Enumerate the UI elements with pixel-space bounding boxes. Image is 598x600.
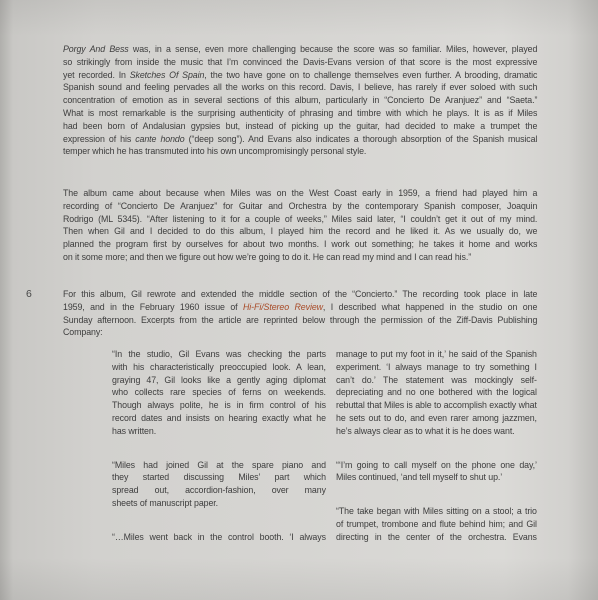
text-line: had been born of Andalusian gypsies but,… bbox=[63, 121, 537, 134]
text-line: Company: bbox=[63, 327, 537, 340]
text-block: “…Miles went back in the control booth. … bbox=[112, 532, 326, 545]
text-line: For this album, Gil rewrote and extended… bbox=[63, 289, 537, 302]
text-block: Porgy And Bess was, in a sense, even mor… bbox=[63, 44, 537, 159]
excerpt-column-right: manage to put my foot in it,’ he said of… bbox=[336, 349, 537, 545]
text-line: The album came about because when Miles … bbox=[63, 188, 537, 201]
text-line: Rodrigo (ML 5345). “After listening to i… bbox=[63, 214, 537, 227]
text-line: Porgy And Bess was, in a sense, even mor… bbox=[63, 44, 537, 57]
text-line: “‘I’m going to call myself on the phone … bbox=[336, 460, 537, 473]
text-block: manage to put my foot in it,’ he said of… bbox=[336, 349, 537, 439]
text-line: concentration of emotion as in several s… bbox=[63, 95, 537, 108]
text-line: 1959, and in the February 1960 issue of … bbox=[63, 302, 537, 315]
text-line: with his characteristically preoccupied … bbox=[112, 362, 326, 375]
text-line: he’s always clear as to what it is he do… bbox=[336, 426, 537, 439]
text-block: “‘I’m going to call myself on the phone … bbox=[336, 460, 537, 486]
text-line: can’t do.’ The statement was mockingly s… bbox=[336, 375, 537, 388]
text-line: rebuttal that Miles is able to accomplis… bbox=[336, 400, 537, 413]
text-line: of trumpet, trombone and flute behind hi… bbox=[336, 519, 537, 532]
text-line: manage to put my foot in it,’ he said of… bbox=[336, 349, 537, 362]
text-line: has written. bbox=[112, 426, 326, 439]
text-line: yet recorded. In Sketches Of Spain, the … bbox=[63, 70, 537, 83]
text-line: Though always polite, he is in firm cont… bbox=[112, 400, 326, 413]
text-line: directing in the center of the orchestra… bbox=[336, 532, 537, 545]
text-block: “In the studio, Gil Evans was checking t… bbox=[112, 349, 326, 439]
text-line: so strikingly from inside the music that… bbox=[63, 57, 537, 70]
text-line: Spanish sound and feeling pervades all t… bbox=[63, 82, 537, 95]
booklet-page: 6 Porgy And Bess was, in a sense, even m… bbox=[0, 0, 598, 600]
text-block: The album came about because when Miles … bbox=[63, 188, 537, 265]
text-line: “In the studio, Gil Evans was checking t… bbox=[112, 349, 326, 362]
text-line: “The take began with Miles sitting on a … bbox=[336, 506, 537, 519]
text-line: Sunday afternoon. Excerpts from the arti… bbox=[63, 315, 537, 328]
text-line: What is most remarkable is the surprisin… bbox=[63, 108, 537, 121]
text-line: Miles continued, ‘and tell myself to shu… bbox=[336, 472, 537, 485]
text-block: “The take began with Miles sitting on a … bbox=[336, 506, 537, 544]
text-line: “…Miles went back in the control booth. … bbox=[112, 532, 326, 545]
text-line: he sets out to do, and even rarer among … bbox=[336, 413, 537, 426]
paragraph-porgy-and-bess: Porgy And Bess was, in a sense, even mor… bbox=[63, 44, 537, 159]
text-line: on it some more; and then we figure out … bbox=[63, 252, 537, 265]
text-line: temper which he has transmuted into his … bbox=[63, 146, 537, 159]
paragraph-concierto-rewrite: For this album, Gil rewrote and extended… bbox=[63, 289, 537, 340]
text-line: recording of “Concierto De Aranjuez” for… bbox=[63, 201, 537, 214]
text-line: spread out, accordion-fashion, over many bbox=[112, 485, 326, 498]
paragraph-album-origin: The album came about because when Miles … bbox=[63, 188, 537, 265]
text-line: graying 47, Gil looks like a gently agin… bbox=[112, 375, 326, 388]
text-line: expression of his cante hondo (“deep son… bbox=[63, 134, 537, 147]
text-line: depreciating and no one bothered with th… bbox=[336, 387, 537, 400]
page-number: 6 bbox=[26, 288, 32, 300]
text-line: “Miles had joined Gil at the spare piano… bbox=[112, 460, 326, 473]
text-block: For this album, Gil rewrote and extended… bbox=[63, 289, 537, 340]
text-line: planned the program first by ourselves f… bbox=[63, 239, 537, 252]
text-line: record dates and insists on hearing exac… bbox=[112, 413, 326, 426]
text-line: they started discussing Miles’ part whic… bbox=[112, 472, 326, 485]
text-line: experiment. ‘I always manage to try some… bbox=[336, 362, 537, 375]
text-line: Then when Gil and I decided to do this a… bbox=[63, 226, 537, 239]
text-line: who collects rare species of ferns on we… bbox=[112, 387, 326, 400]
text-line: sheets of manuscript paper. bbox=[112, 498, 326, 511]
text-block: “Miles had joined Gil at the spare piano… bbox=[112, 460, 326, 511]
excerpt-column-left: “In the studio, Gil Evans was checking t… bbox=[112, 349, 326, 545]
